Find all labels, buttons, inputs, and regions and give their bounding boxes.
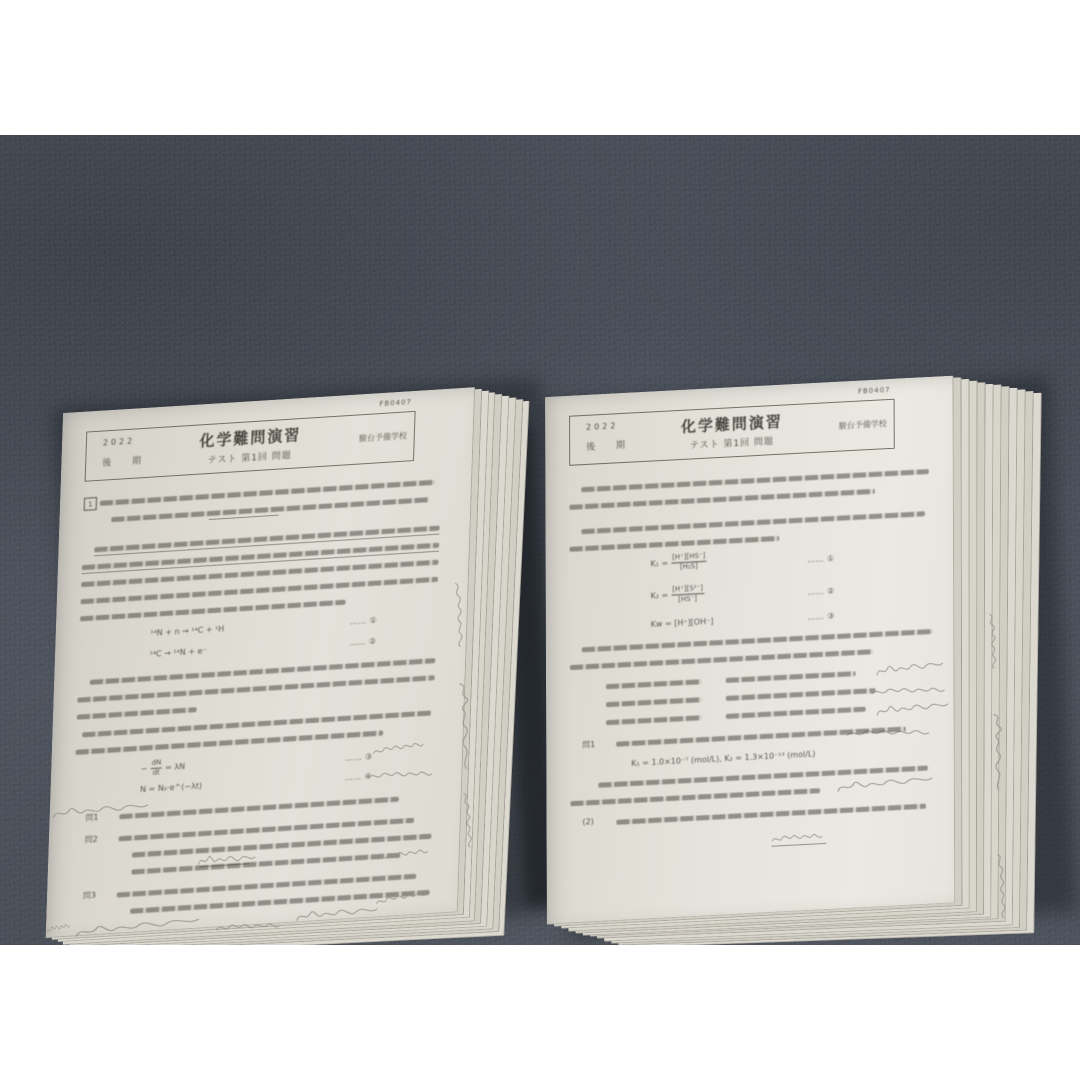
paper-stack-right: FB0407 2022 後 期 化学難問演習 テスト 第1回 問題 駿台予備学校… [540, 371, 1080, 945]
equation: −dNdt= λN [141, 758, 186, 778]
photo-of-paper-stacks: FB0407 2022 後 期 化学難問演習 テスト 第1回 問題 駿台予備学校… [0, 135, 1080, 945]
text-line [570, 649, 874, 670]
text-line [726, 671, 856, 683]
text-line [131, 853, 401, 875]
equation: K₂ =[H⁺][S²⁻][HS⁻] [651, 585, 705, 605]
text-line [606, 679, 702, 689]
equation: N = N₀·e^(−λt) [140, 781, 202, 794]
text-line [726, 707, 866, 719]
pencil-annotation [375, 886, 431, 908]
pencil-annotation [870, 683, 950, 698]
pencil-annotation [367, 767, 438, 783]
pencil-annotation [372, 737, 427, 758]
text-line [119, 797, 399, 820]
pencil-annotation [215, 918, 286, 934]
text-line [569, 489, 875, 510]
text-line [606, 715, 702, 725]
question-label: (2) [582, 817, 593, 827]
screenshot-root: { "scene": { "frame_color": "#ffffff", "… [0, 0, 1080, 1080]
text-line [616, 804, 926, 825]
equation: K₁ = 1.0×10⁻⁷ (mol/L), K₂ = 1.3×10⁻¹³ (m… [631, 749, 815, 768]
page-content: 1¹⁴N + n → ¹⁴C + ¹H…… ①¹⁴C → ¹⁴N + e⁻…… … [46, 387, 475, 937]
pencil-annotation [985, 613, 1001, 673]
text-line [581, 469, 929, 492]
white-frame-bottom [0, 945, 1080, 1080]
equation-leader: …… ① [350, 616, 378, 627]
pencil-annotation [875, 657, 946, 678]
equation: K₁ =[H⁺][HS⁻][H₂S] [650, 553, 706, 573]
pencil-annotation [377, 844, 432, 864]
text-line [77, 707, 197, 720]
page-content: K₁ =[H⁺][HS⁻][H₂S]…… ①K₂ =[H⁺][S²⁻][HS⁻]… [545, 376, 954, 924]
pencil-annotation [875, 698, 950, 719]
top-sheet: FB0407 2022 後 期 化学難問演習 テスト 第1回 問題 駿台予備学校… [545, 376, 955, 925]
text-line [606, 697, 702, 707]
equation-leader: …… ② [807, 586, 834, 596]
pencil-annotation [451, 582, 467, 652]
scene: FB0407 2022 後 期 化学難問演習 テスト 第1回 問題 駿台予備学校… [0, 135, 1080, 945]
question-label: 問2 [85, 834, 98, 846]
equation-leader: …… ③ [345, 752, 373, 763]
text-line [581, 511, 925, 534]
question-label: 問1 [85, 812, 98, 824]
text-line [726, 688, 876, 701]
equation-leader: …… ① [807, 554, 834, 564]
equation: Kw = [H⁺][OH⁻] [651, 616, 714, 628]
text-line [569, 536, 779, 552]
equation-leader: …… ② [349, 637, 377, 648]
text-line [80, 600, 346, 622]
white-frame-top [0, 0, 1080, 135]
equation: ¹⁴N + n → ¹⁴C + ¹H [150, 624, 224, 638]
question-label: 問3 [83, 890, 96, 902]
pencil-annotation [836, 772, 936, 795]
equation-leader: …… ③ [807, 611, 834, 621]
pencil-annotation [457, 682, 473, 772]
top-sheet: FB0407 2022 後 期 化学難問演習 テスト 第1回 問題 駿台予備学校… [46, 387, 476, 938]
question-label: 問1 [582, 739, 595, 751]
equation: ¹⁴C → ¹⁴N + e⁻ [149, 646, 206, 659]
text-line [582, 629, 934, 652]
pencil-annotation [991, 713, 1005, 793]
paper-stack-left: FB0407 2022 後 期 化学難問演習 テスト 第1回 問題 駿台予備学校… [40, 375, 560, 945]
problem-number-box: 1 [84, 497, 97, 511]
text-line [570, 788, 820, 806]
underline [209, 515, 279, 520]
